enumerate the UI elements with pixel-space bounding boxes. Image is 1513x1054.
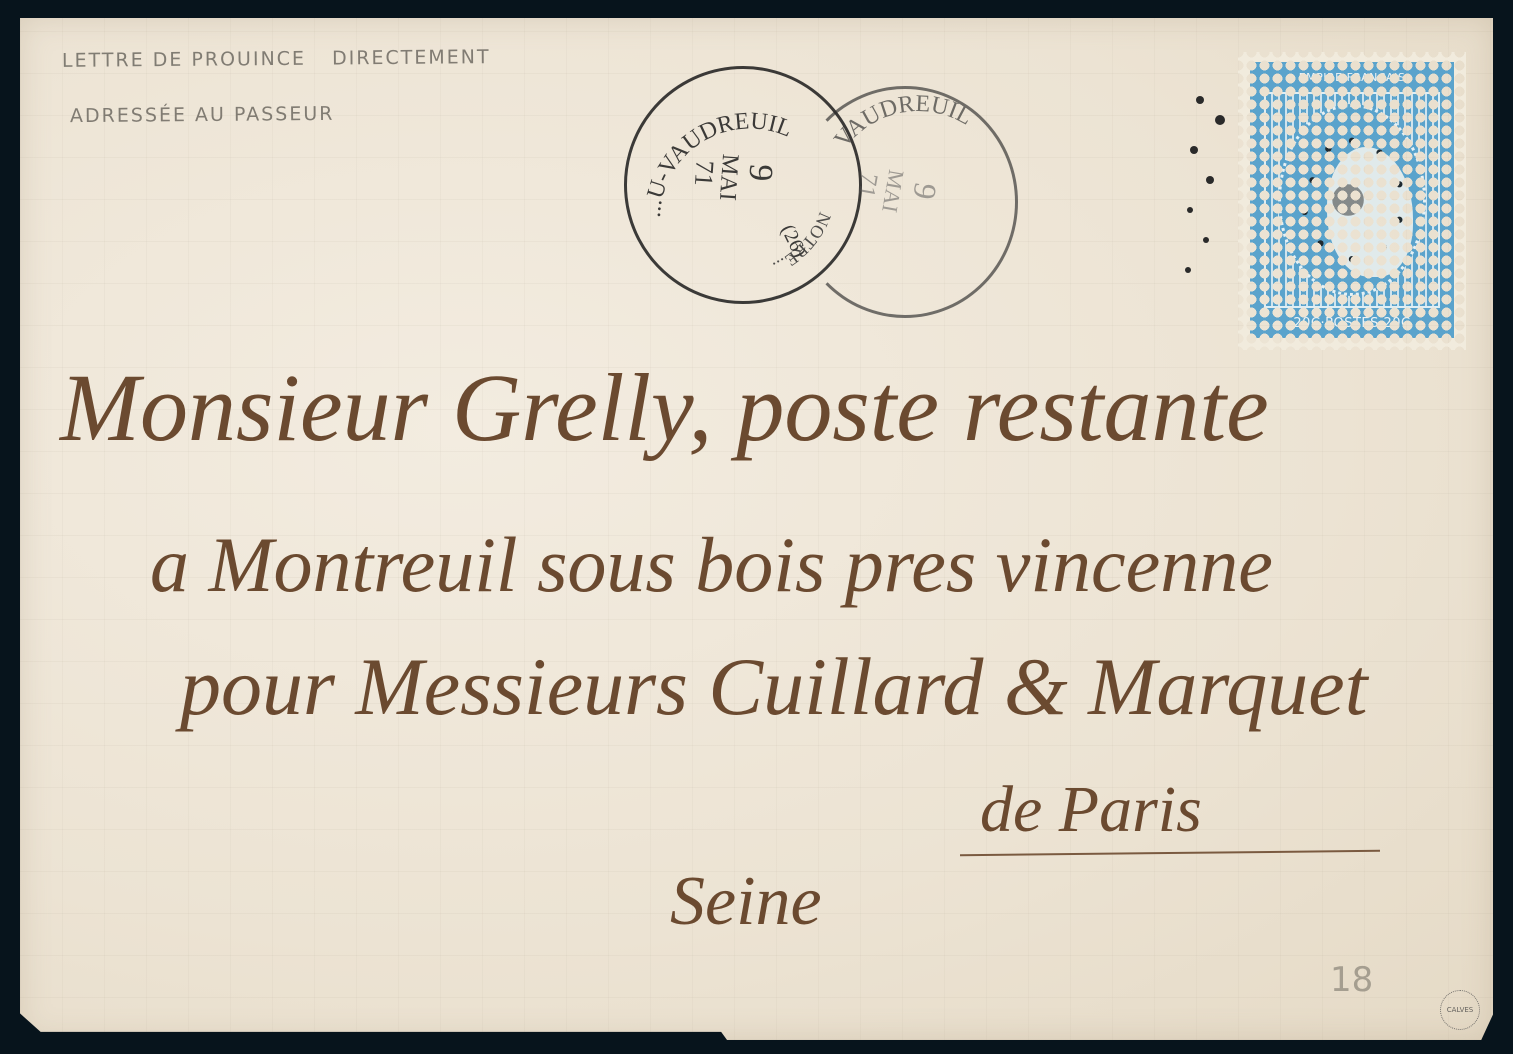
pencil-text-1-right: DIRECTEMENT xyxy=(332,46,491,69)
postage-stamp: EMPIRE FRANCAIS 20C·POSTES·20C xyxy=(1238,52,1466,350)
pencil-text-1: LETTRE DE PROUINCE xyxy=(62,48,306,72)
address-line-5: Seine xyxy=(670,862,822,942)
svg-text:VAUDREUIL: VAUDREUIL xyxy=(829,91,976,153)
pencil-number: 18 xyxy=(1330,960,1373,1000)
expert-hallmark: CALVES xyxy=(1440,990,1480,1030)
svg-text:9: 9 xyxy=(906,180,944,202)
postmark-2-text: VAUDREUIL 9 MAI 71 xyxy=(795,89,1015,315)
address-line-2: a Montreuil sous bois pres vincenne xyxy=(150,520,1273,610)
svg-text:9: 9 xyxy=(741,163,779,183)
stamp-medallion xyxy=(1278,104,1426,296)
address-line-4: de Paris xyxy=(980,772,1202,848)
stamp-top-label: EMPIRE FRANCAIS xyxy=(1250,64,1454,90)
stamp-greek-key-frame xyxy=(1264,92,1440,308)
address-line-1: Monsieur Grelly, poste restante xyxy=(60,352,1269,463)
stamp-design: EMPIRE FRANCAIS 20C·POSTES·20C xyxy=(1250,62,1454,338)
svg-text:71: 71 xyxy=(852,171,882,199)
numeral-cancel-dots xyxy=(1281,107,1423,293)
pencil-annotation-line1: LETTRE DE PROUINCE DIRECTEMENT xyxy=(62,46,491,72)
svg-text:71: 71 xyxy=(689,159,720,187)
postmark-2: VAUDREUIL 9 MAI 71 xyxy=(792,86,1018,318)
pencil-annotation-line2: ADRESSÉE AU PASSEUR xyxy=(70,103,335,127)
stamp-bottom-label: 20C·POSTES·20C xyxy=(1250,310,1454,336)
address-line-3: pour Messieurs Cuillard & Marquet xyxy=(180,640,1367,734)
